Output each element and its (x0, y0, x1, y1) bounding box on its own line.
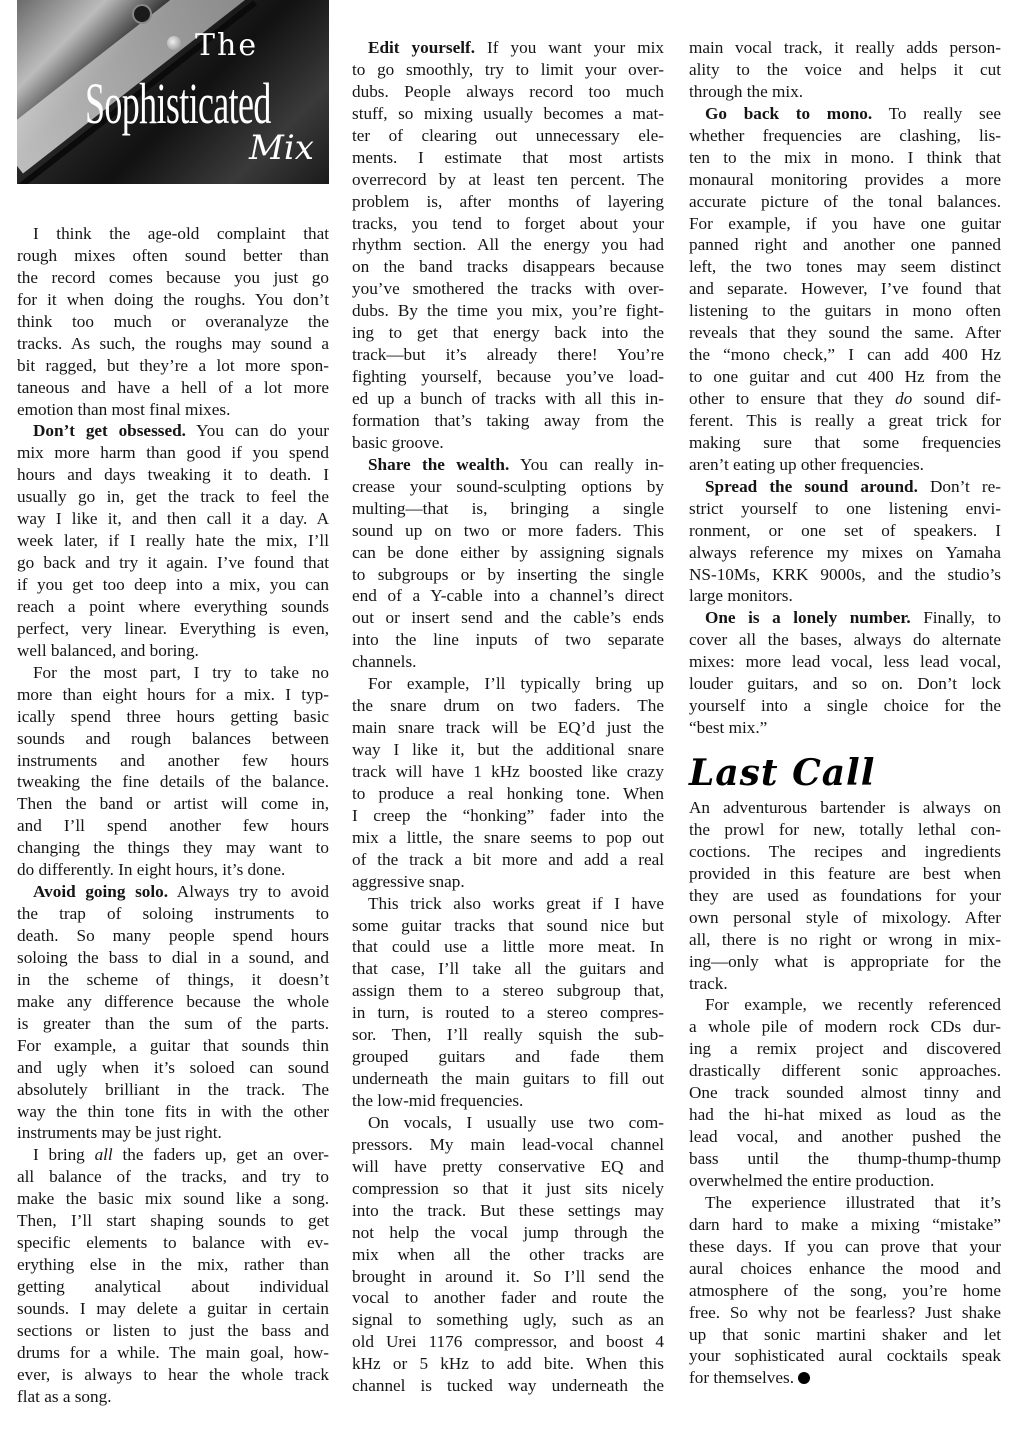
text-line: all, there is no right or wrong in mix- (689, 929, 1001, 951)
run-in-heading: Don’t get obsessed. (33, 421, 186, 440)
text-line: had the hi-hat mixed as loud as the (689, 1104, 1001, 1126)
text-line: emotion than most final mixes. (17, 399, 329, 421)
text-line: tweaking the fine details of the balance… (17, 771, 329, 793)
text-line: will have pretty conservative EQ and (352, 1156, 664, 1178)
text-line: mix when all the other tracks are (352, 1244, 664, 1266)
text-line: way I like it, but the additional snare (352, 739, 664, 761)
text-line: fighting yourself, because you’ve load- (352, 366, 664, 388)
text-line: way the thin tone fits in with the other (17, 1101, 329, 1123)
text-run: Finally, to (911, 608, 1001, 627)
text-line: signal to something ugly, such as an (352, 1309, 664, 1331)
text-line: track—but it’s already there! You’re (352, 344, 664, 366)
text-line: aren’t eating up other frequencies. (689, 454, 1001, 476)
text-line: sor. Then, I’ll really squish the sub- (352, 1024, 664, 1046)
text-line: louder guitars, and so on. Don’t lock (689, 673, 1001, 695)
text-line: rough mixes often sound better than (17, 245, 329, 267)
paragraph-lead-line: I bring all the faders up, get an over- (17, 1144, 329, 1166)
text-line: that could use a little more meat. In (352, 936, 664, 958)
text-line: ality to the voice and helps it cut (689, 59, 1001, 81)
text-line: if you get too deep into a mix, you can (17, 574, 329, 596)
text-line: a whole pile of modern rock CDs dur- (689, 1016, 1001, 1038)
title-sophisticated: Sophisticated (85, 70, 271, 137)
text-line: sound up on two or more faders. This (352, 520, 664, 542)
text-line: channel is tucked way underneath the (352, 1375, 664, 1397)
text-line: For example, I’ll typically bring up (352, 673, 664, 695)
text-line: the record comes because you just go (17, 267, 329, 289)
text-line: For example, if you have one guitar (689, 213, 1001, 235)
text-line: own personal style of mixology. After (689, 907, 1001, 929)
text-line: the “mono check,” I can add 400 Hz (689, 344, 1001, 366)
text-line: in turn, is routed to a stereo compres- (352, 1002, 664, 1024)
emphasis: all (95, 1145, 113, 1164)
text-line: is greater than the sum of the parts. (17, 1013, 329, 1035)
paragraph-lead-line: Spread the sound around. Don’t re- (689, 476, 1001, 498)
title-mix: Mix (249, 128, 314, 168)
text-line: track. (689, 973, 1001, 995)
text-line: go back and try it again. I’ve found tha… (17, 552, 329, 574)
paragraph-lead-line: Share the wealth. You can really in- (352, 454, 664, 476)
text-line: and I’ll spend another few hours (17, 815, 329, 837)
text-line: making sure that some frequencies (689, 432, 1001, 454)
paragraph-lead-line: One is a lonely number. Finally, to (689, 607, 1001, 629)
text-line: provided in this feature are best when (689, 863, 1001, 885)
text-run: other to ensure that they (689, 389, 895, 408)
paragraph-lead-line: Avoid going solo. Always try to avoid (17, 881, 329, 903)
text-line: accurate picture of the tonal balances. (689, 191, 1001, 213)
text-line: main vocal track, it really adds person- (689, 37, 1001, 59)
text-line: panned right and another one panned (689, 234, 1001, 256)
text-line: dubs. By the time you mix, you’re fight- (352, 300, 664, 322)
text-line: think too much or overanalyze the (17, 311, 329, 333)
header-image: The Sophisticated Mix (17, 0, 329, 184)
text-line: darn hard to make a mixing “mistake” (689, 1214, 1001, 1236)
text-line: and separate. However, I’ve found that (689, 278, 1001, 300)
text-line: tracks. As such, the roughs may sound a (17, 333, 329, 355)
text-line: stuff, so mixing usually becomes a mat- (352, 103, 664, 125)
text-line: make any difference because the whole (17, 991, 329, 1013)
text-line: ferent. This is really a great trick for (689, 410, 1001, 432)
text-line: these days. If you can prove that your (689, 1236, 1001, 1258)
text-line: sounds. I may delete a guitar in certain (17, 1298, 329, 1320)
run-in-heading: Edit yourself. (368, 38, 475, 57)
text-line: more than eight hours for a mix. I typ- (17, 684, 329, 706)
text-line: the trap of soloing instruments to (17, 903, 329, 925)
led-icon (167, 36, 181, 50)
text-line: main snare track will be EQ’d just the (352, 717, 664, 739)
text-line: they are used as foundations for your (689, 885, 1001, 907)
text-line: crease your sound-sculpting options by (352, 476, 664, 498)
text-line: drums for a while. The main goal, how- (17, 1342, 329, 1364)
text-line: atmosphere of the song, you’re home (689, 1280, 1001, 1302)
text-line: flat as a song. (17, 1386, 329, 1408)
text-line: basic groove. (352, 432, 664, 454)
text-line: week later, if I really hate the mix, I’… (17, 530, 329, 552)
text-line: absolutely brilliant in the track. The (17, 1079, 329, 1101)
text-line: not help the vocal jump through the (352, 1222, 664, 1244)
text-line: strict yourself to one listening envi- (689, 498, 1001, 520)
text-line: large monitors. (689, 585, 1001, 607)
text-line: getting analytical about individual (17, 1276, 329, 1298)
text-line: on the band tracks disappears because (352, 256, 664, 278)
text-line: mixes: more lead vocal, less lead vocal, (689, 651, 1001, 673)
text-line: listening to the guitars in mono often (689, 300, 1001, 322)
text-line: for themselves. (689, 1367, 1001, 1389)
text-line: Then the band or artist will come in, (17, 793, 329, 815)
text-line: whether frequencies are clashing, lis- (689, 125, 1001, 147)
text-line: problem is, after months of layering (352, 191, 664, 213)
text-line: in the scheme of things, it doesn’t (17, 969, 329, 991)
emphasis: do (895, 389, 912, 408)
text-line: This trick also works great if I have (352, 893, 664, 915)
text-line: I creep the “honking” fader into the (352, 805, 664, 827)
text-line: and ugly when it’s soloed can sound (17, 1057, 329, 1079)
text-line: your sophisticated aural cocktails speak (689, 1345, 1001, 1367)
text-line: old Urei 1176 compressor, and boost 4 (352, 1331, 664, 1353)
text-line: hours and days tweaking it to death. I (17, 464, 329, 486)
text-line: well balanced, and boring. (17, 640, 329, 662)
paragraph-lead-line: Go back to mono. To really see (689, 103, 1001, 125)
text-line: that case, I’ll take all the guitars and (352, 958, 664, 980)
text-line: into the line inputs of two separate (352, 629, 664, 651)
text-line: grouped guitars and fade them (352, 1046, 664, 1068)
text-line: ing a remix project and discovered (689, 1038, 1001, 1060)
run-in-heading: Share the wealth. (368, 455, 509, 474)
text-line: left, the two tones may seem distinct (689, 256, 1001, 278)
text-line: aggressive snap. (352, 871, 664, 893)
text-line: you’ve smothered the tracks with over- (352, 278, 664, 300)
text-line: multing—that is, bringing a single (352, 498, 664, 520)
text-line: free. So why not be fearless? Just shake (689, 1302, 1001, 1324)
text-line: rhythm section. All the energy you had (352, 234, 664, 256)
text-line: specific elements to balance with ev- (17, 1232, 329, 1254)
text-line: to produce a real honking tone. When (352, 783, 664, 805)
end-mark-icon (798, 1372, 810, 1384)
text-line: bass until the thump-thump-thump (689, 1148, 1001, 1170)
title-the: The (195, 28, 258, 63)
text-line: On vocals, I usually use two com- (352, 1112, 664, 1134)
text-line: assign them to a stereo subgroup that, (352, 980, 664, 1002)
text-line: ments. I estimate that most artists (352, 147, 664, 169)
text-line: reach a point where everything sounds (17, 596, 329, 618)
text-line: yourself into a single choice for the (689, 695, 1001, 717)
text-line: taneous and have a hell of a lot more (17, 377, 329, 399)
text-line: always reference my mixes on Yamaha (689, 542, 1001, 564)
text-line: underneath the main guitars to fill out (352, 1068, 664, 1090)
text-line: ter of clearing out unnecessary ele- (352, 125, 664, 147)
text-line: ically spend three hours getting basic (17, 706, 329, 728)
text-line: ing to get that energy back into the (352, 322, 664, 344)
text-line: do differently. In eight hours, it’s don… (17, 859, 329, 881)
text-line: lead vocal, and another pushed the (689, 1126, 1001, 1148)
text-line: pressors. My main lead-vocal channel (352, 1134, 664, 1156)
text-line: track will have 1 kHz boosted like crazy (352, 761, 664, 783)
text-line: brought in around it. So I’ll send the (352, 1266, 664, 1288)
text-line: An adventurous bartender is always on (689, 797, 1001, 819)
text-line: I think the age-old complaint that (17, 223, 329, 245)
text-line: through the mix. (689, 81, 1001, 103)
text-line: formation that’s taking away from the (352, 410, 664, 432)
text-line: kHz or 5 kHz to add bite. When this (352, 1353, 664, 1375)
text-line: tracks, you tend to forget about your (352, 213, 664, 235)
paragraph-lead-line: Don’t get obsessed. You can do your (17, 420, 329, 442)
text-run: You can really in- (509, 455, 664, 474)
text-line: bit ragged, but they’re a lot more spon- (17, 355, 329, 377)
text-line: dubs. People always record too much (352, 81, 664, 103)
text-line: One track sounded almost tinny and (689, 1082, 1001, 1104)
text-line: ed up a bunch of tracks with all this in… (352, 388, 664, 410)
text-line: overrecord by at least ten percent. The (352, 169, 664, 191)
text-run: sound dif- (912, 389, 1001, 408)
text-line: ever, is always to hear the whole track (17, 1364, 329, 1386)
text-line: ing—only what is appropriate for the (689, 951, 1001, 973)
text-line: instruments may be just right. (17, 1122, 329, 1144)
text-line: to subgroups or by inserting the single (352, 564, 664, 586)
text-line: soloing the bass to dial in a sound, and (17, 947, 329, 969)
paragraph-lead-line: Edit yourself. If you want your mix (352, 37, 664, 59)
text-line: up that sonic martini shaker and let (689, 1324, 1001, 1346)
text-line: reveals that they sound the same. After (689, 322, 1001, 344)
column-3: main vocal track, it really adds person-… (689, 37, 1001, 1389)
text-line: the low-mid frequencies. (352, 1090, 664, 1112)
text-line: changing the things they may want to (17, 837, 329, 859)
text-line: cover all the bases, always do alternate (689, 629, 1001, 651)
column-1: I think the age-old complaint thatrough … (17, 223, 329, 1408)
text-line: make the basic mix sound like a song. (17, 1188, 329, 1210)
text-line: mix a little, the snare seems to pop out (352, 827, 664, 849)
run-in-heading: One is a lonely number. (705, 608, 911, 627)
text-line: erything else in the mix, rather than (17, 1254, 329, 1276)
text-line: “best mix.” (689, 717, 1001, 739)
text-line: NS-10Ms, KRK 9000s, and the studio’s (689, 564, 1001, 586)
text-line: out or insert send and the cable’s ends (352, 607, 664, 629)
text-line: For example, a guitar that sounds thin (17, 1035, 329, 1057)
text-line: end of a Y-cable into a channel’s direct (352, 585, 664, 607)
run-in-heading: Spread the sound around. (705, 477, 918, 496)
text-line: death. So many people spend hours (17, 925, 329, 947)
text-run: Don’t re- (918, 477, 1001, 496)
text-run: the faders up, get an over- (113, 1145, 329, 1164)
knob-icon (134, 6, 150, 22)
text-line: for it when doing the roughs. You don’t (17, 289, 329, 311)
text-line: sounds and rough balances between (17, 728, 329, 750)
text-run: You can do your (186, 421, 329, 440)
text-line: usually go in, get the track to feel the (17, 486, 329, 508)
text-line: ten to the mix in mono. I think that (689, 147, 1001, 169)
text-line: The experience illustrated that it’s (689, 1192, 1001, 1214)
text-line: ronment, or one set of speakers. I (689, 520, 1001, 542)
text-run: To really see (872, 104, 1001, 123)
text-line: can be done either by assigning signals (352, 542, 664, 564)
text-line: instruments and another few hours (17, 750, 329, 772)
text-line: mix more harm than good if you spend (17, 442, 329, 464)
text-line: to go smoothly, try to limit your over- (352, 59, 664, 81)
text-line: the snare drum on two faders. The (352, 695, 664, 717)
text-line: sections or listen to just the bass and (17, 1320, 329, 1342)
text-line: all balance of the tracks, and try to (17, 1166, 329, 1188)
text-line: drastically different sonic approaches. (689, 1060, 1001, 1082)
text-line: For the most part, I try to take no (17, 662, 329, 684)
text-line: into the track. But these settings may (352, 1200, 664, 1222)
text-line: other to ensure that they do sound dif- (689, 388, 1001, 410)
text-line: some guitar tracks that sound nice but (352, 915, 664, 937)
run-in-heading: Go back to mono. (705, 104, 872, 123)
text-run: If you want your mix (475, 38, 664, 57)
text-line: aural choices enhance the mood and (689, 1258, 1001, 1280)
section-title-last-call: Last Call (689, 751, 1001, 795)
text-line: overwhelmed the entire production. (689, 1170, 1001, 1192)
run-in-heading: Avoid going solo. (33, 882, 168, 901)
text-line: vocal to another fader and route the (352, 1287, 664, 1309)
text-line: compression so that it just sits nicely (352, 1178, 664, 1200)
text-line: to one guitar and cut 400 Hz from the (689, 366, 1001, 388)
text-line: coctions. The recipes and ingredients (689, 841, 1001, 863)
text-line: channels. (352, 651, 664, 673)
text-line: of the track a bit more and add a real (352, 849, 664, 871)
text-run: I bring (33, 1145, 95, 1164)
text-line: the prowl for new, totally lethal con- (689, 819, 1001, 841)
text-line: For example, we recently referenced (689, 994, 1001, 1016)
text-line: way I like it, and then call it a day. A (17, 508, 329, 530)
column-2: Edit yourself. If you want your mixto go… (352, 37, 664, 1397)
text-line: monaural monitoring provides a more (689, 169, 1001, 191)
text-run: Always try to avoid (168, 882, 329, 901)
text-line: Then, I’ll start shaping sounds to get (17, 1210, 329, 1232)
text-line: perfect, very linear. Everything is even… (17, 618, 329, 640)
